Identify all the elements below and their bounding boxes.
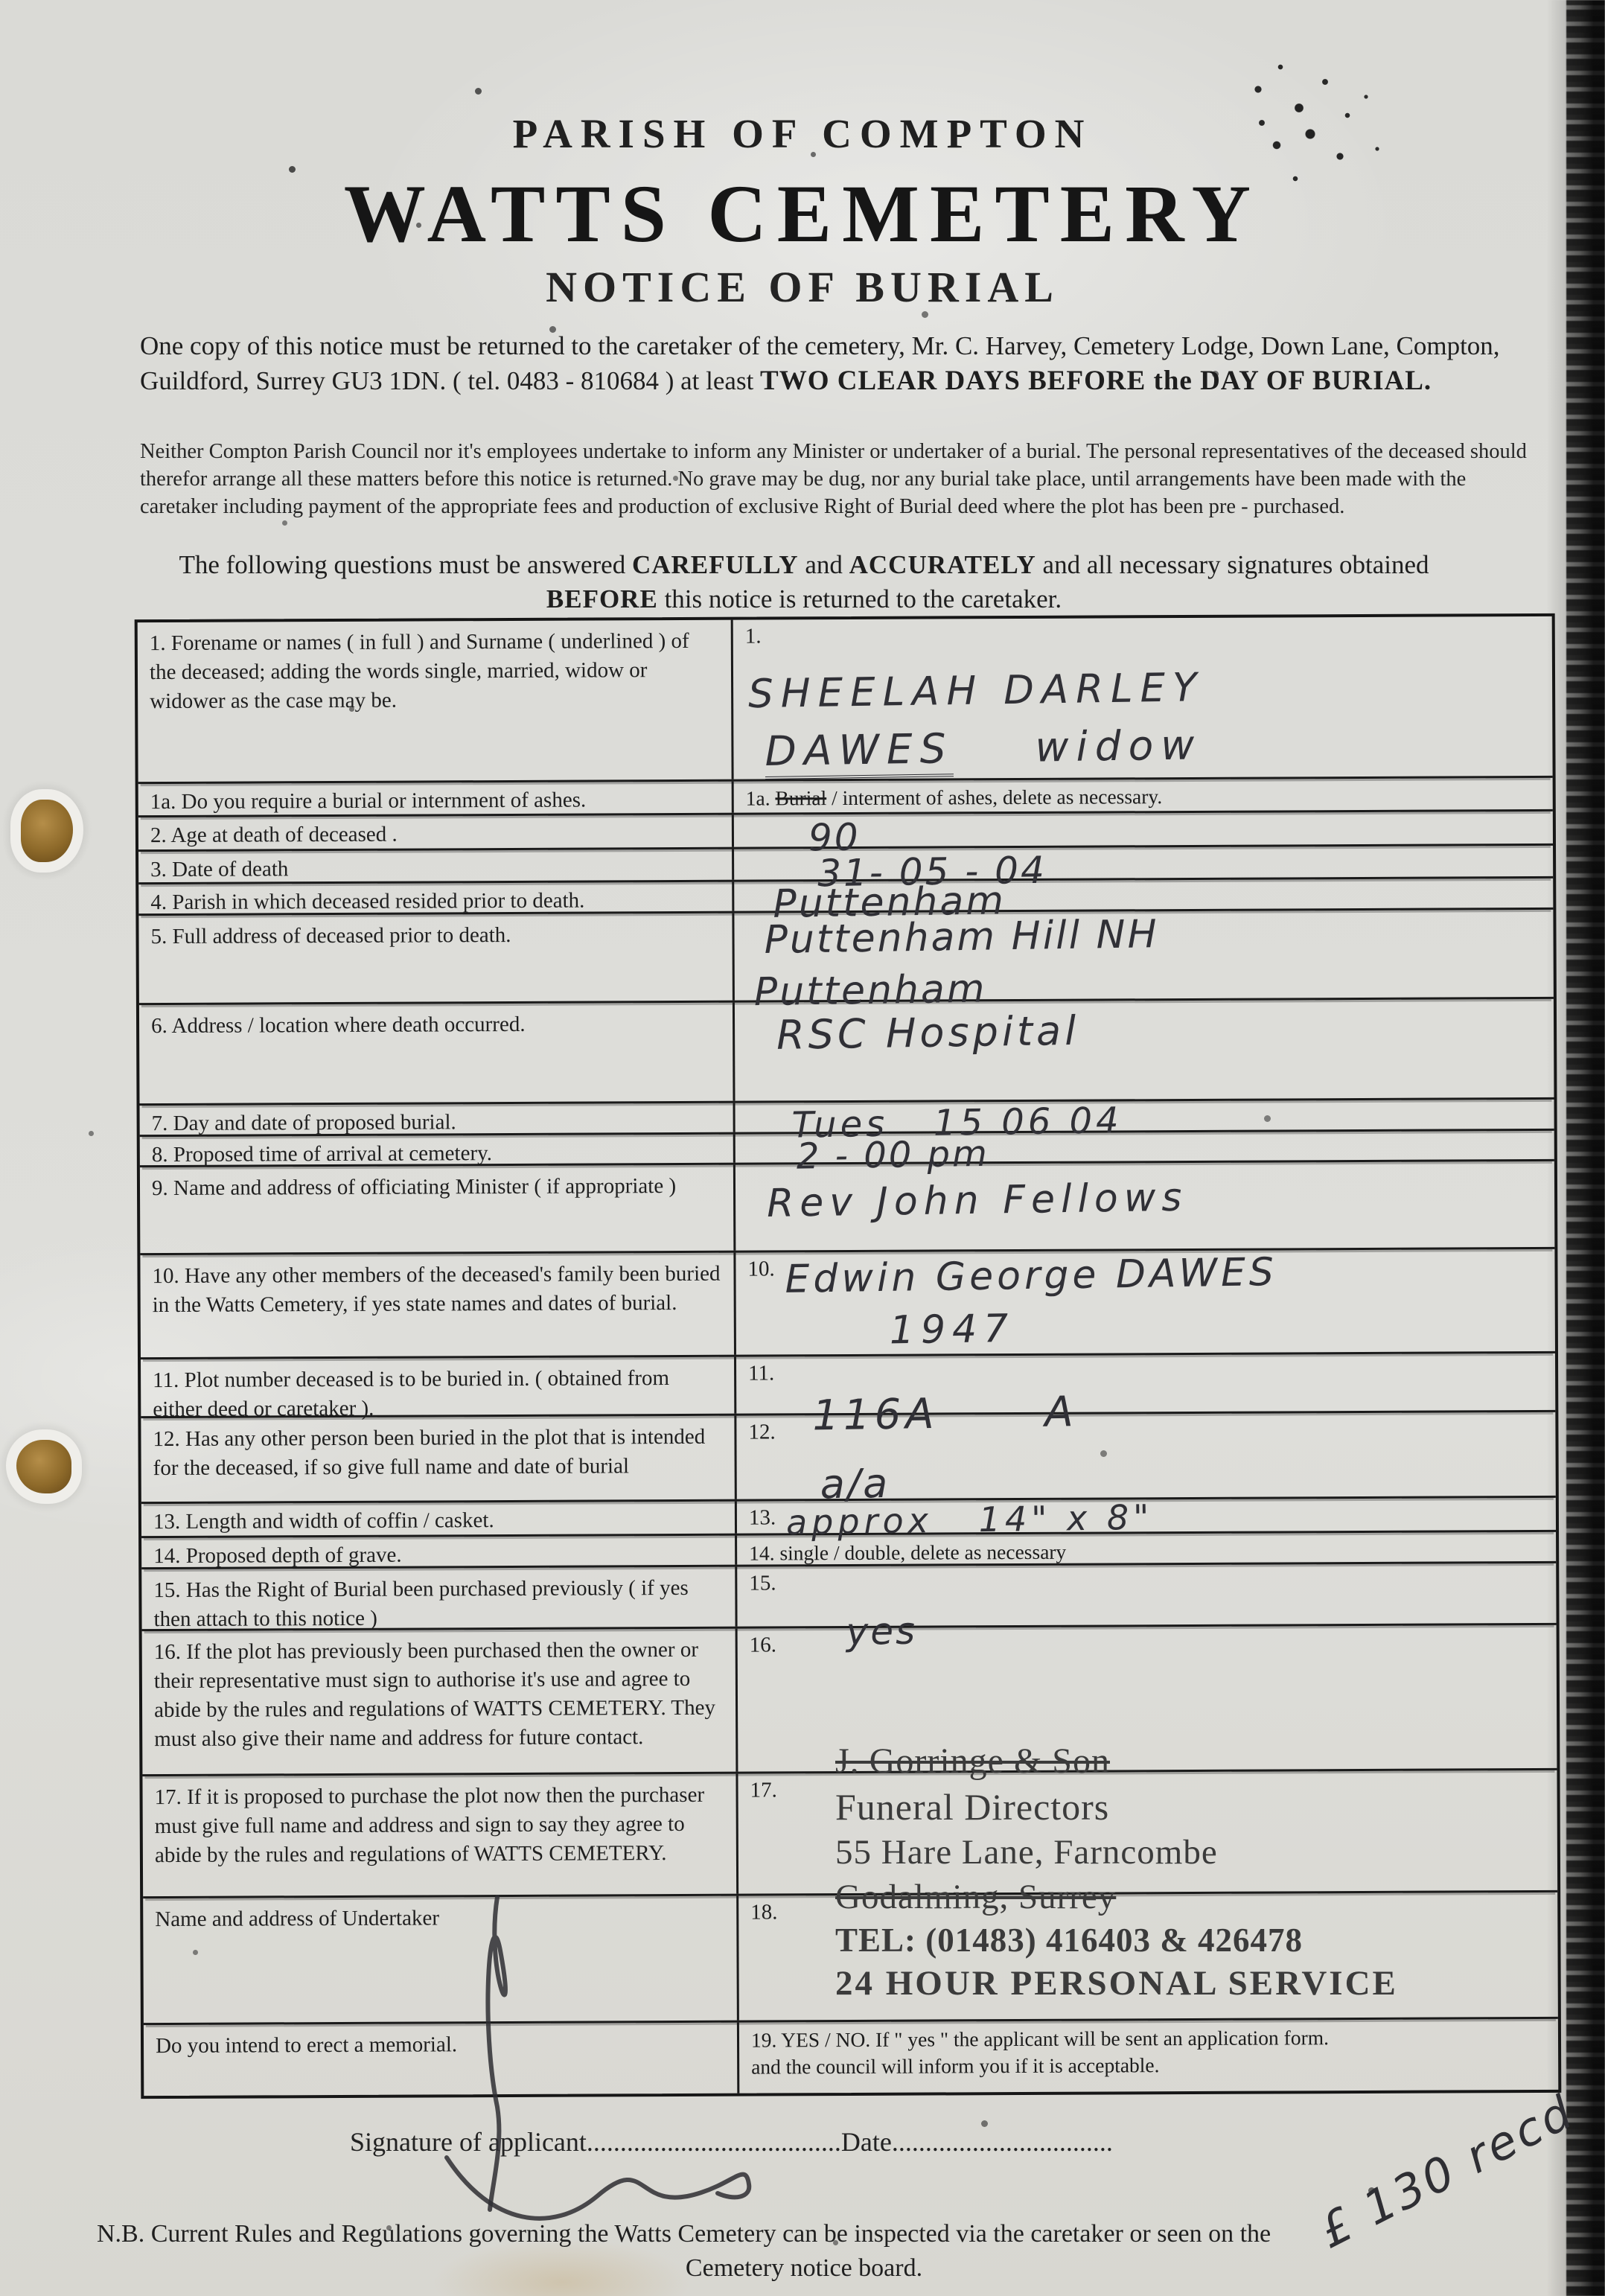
q14-answer: 14. single / double, delete as necessary: [737, 1532, 1556, 1565]
intro-p3-line2: BEFORE this notice is returned to the ca…: [104, 582, 1504, 616]
scan-edge-shadow: [1566, 0, 1605, 2296]
stamp-service: 24 HOUR PERSONAL SERVICE: [835, 1962, 1398, 2006]
handwritten-minister: Rev John Fellows: [767, 1170, 1548, 1226]
p3-carefully: CAREFULLY: [632, 550, 799, 579]
q15-answer-number: 15.: [749, 1571, 776, 1595]
q11-answer: 11. 116A A: [736, 1353, 1555, 1414]
stamp-role: Funeral Directors: [835, 1784, 1398, 1831]
q16-label: 16. If the plot has previously been purc…: [142, 1629, 738, 1774]
q19-answer: 19. YES / NO. If " yes " the applicant w…: [739, 2019, 1558, 2093]
intro-paragraph-2: Neither Compton Parish Council nor it's …: [140, 438, 1548, 520]
signature-line: Signature of applicant..................…: [350, 2126, 1113, 2158]
signature-dotted-rule: ......................................: [587, 2127, 841, 2157]
intro-p1-emphasis: TWO CLEAR DAYS BEFORE the DAY OF BURIAL.: [760, 366, 1432, 396]
q11-label: 11. Plot number deceased is to be buried…: [141, 1357, 736, 1416]
q18-answer-number: 18.: [750, 1900, 777, 1924]
toner-speckles: [0, 0, 4, 4]
hole-punch-top: [21, 800, 73, 862]
p3-before: BEFORE: [546, 584, 658, 613]
table-row: 6. Address / location where death occurr…: [139, 999, 1554, 1106]
date-dotted-rule: ..............................: [912, 2127, 1113, 2157]
stamp-phone: TEL: (01483) 416403 & 426478: [835, 1919, 1398, 1962]
p3-a: The following questions must be answered: [179, 550, 632, 579]
intro-p3-line1: The following questions must be answered…: [104, 548, 1504, 582]
q19-answer-line2: and the council will inform you if it is…: [751, 2050, 1551, 2080]
q4-answer: Puttenham: [734, 878, 1553, 911]
q7-label: 7. Day and date of proposed burial.: [140, 1103, 736, 1135]
q13-label: 13. Length and width of coffin / casket.: [141, 1502, 737, 1536]
nb-line1: N.B. Current Rules and Regulations gover…: [97, 2217, 1511, 2251]
table-row: 9. Name and address of officiating Minis…: [140, 1161, 1554, 1255]
handwritten-death-location: RSC Hospital: [776, 1001, 1547, 1058]
q10-answer: 10. Edwin George DAWES 1947: [736, 1249, 1555, 1355]
q2-label: 2. Age at death of deceased .: [138, 815, 734, 849]
q14-label: 14. Proposed depth of grave.: [141, 1536, 737, 1567]
q12-label: 12. Has any other person been buried in …: [141, 1416, 736, 1502]
q16-answer-number: 16.: [750, 1633, 776, 1656]
q8-label: 8. Proposed time of arrival at cemetery.: [140, 1135, 736, 1165]
q6-label: 6. Address / location where death occurr…: [139, 1003, 736, 1103]
q12-answer-number: 12.: [748, 1420, 775, 1444]
q19-answer-line1: 19. YES / NO. If " yes " the applicant w…: [751, 2024, 1551, 2053]
q13-answer: 13. approx 14" x 8": [737, 1498, 1556, 1534]
table-row: 10. Have any other members of the deceas…: [140, 1249, 1555, 1359]
hole-punch-bottom: [16, 1440, 71, 1493]
q17-answer-number: 17.: [750, 1778, 776, 1802]
handwritten-address-line1: Puttenham Hill NH: [764, 907, 1546, 963]
page-title: WATTS CEMETERY: [0, 167, 1605, 261]
date-label: Date...: [841, 2127, 912, 2157]
q9-label: 9. Name and address of officiating Minis…: [140, 1165, 736, 1253]
q5-answer: Puttenham Hill NH Puttenham: [734, 910, 1554, 1001]
q10-label: 10. Have any other members of the deceas…: [140, 1253, 736, 1357]
q12-answer: 12. a/a: [736, 1412, 1555, 1499]
q19-label: Do you intend to erect a memorial.: [144, 2023, 739, 2096]
header-parish: PARISH OF COMPTON: [0, 110, 1605, 157]
p3-e: and all necessary signatures obtained: [1036, 550, 1429, 579]
p3-g: this notice is returned to the caretaker…: [658, 584, 1062, 613]
q6-answer: RSC Hospital: [735, 999, 1554, 1101]
table-row: Do you intend to erect a memorial. 19. Y…: [144, 2019, 1558, 2096]
q8-answer: 2 - 00 pm: [736, 1131, 1554, 1163]
q1a-answer-number: 1a.: [746, 786, 770, 809]
q10-answer-number: 10.: [747, 1257, 774, 1281]
q3-label: 3. Date of death: [138, 849, 734, 882]
q4-label: 4. Parish in which deceased resided prio…: [138, 882, 734, 913]
q15-answer: 15. yes: [737, 1563, 1556, 1627]
handwritten-family-burial-year: 1947: [889, 1299, 1548, 1353]
q5-label: 5. Full address of deceased prior to dea…: [138, 913, 735, 1003]
header-subtitle: NOTICE OF BURIAL: [0, 262, 1605, 312]
q18-label: Name and address of Undertaker: [143, 1896, 739, 2023]
scanned-burial-notice-page: PARISH OF COMPTON WATTS CEMETERY NOTICE …: [0, 0, 1605, 2296]
table-row: 11. Plot number deceased is to be buried…: [141, 1353, 1555, 1418]
stamp-company: J. Gorringe & Son: [835, 1739, 1398, 1784]
q1a-burial-struck: Burial: [775, 786, 826, 809]
q1-answer: 1. SHEELAH DARLEY DAWES widow: [733, 616, 1553, 779]
handwritten-status: widow: [953, 721, 1202, 772]
q1-label: 1. Forename or names ( in full ) and Sur…: [138, 620, 734, 782]
q2-answer: 90: [734, 811, 1553, 847]
table-row: 15. Has the Right of Burial been purchas…: [141, 1563, 1556, 1631]
handwritten-family-member: Edwin George DAWES: [785, 1251, 1277, 1303]
stamp-town: Godalming, Surrey: [835, 1875, 1398, 1919]
handwritten-deceased-name: SHEELAH DARLEY: [748, 660, 1545, 718]
q13-answer-number: 13.: [749, 1505, 776, 1529]
handwritten-surname-line: DAWES widow: [765, 716, 1545, 775]
table-row: 1. Forename or names ( in full ) and Sur…: [138, 616, 1553, 784]
q17-label: 17. If it is proposed to purchase the pl…: [142, 1774, 738, 1896]
undertaker-stamp: J. Gorringe & Son Funeral Directors 55 H…: [835, 1739, 1398, 2006]
signature-label: Signature of applicant: [350, 2127, 587, 2157]
table-row: 12. Has any other person been buried in …: [141, 1412, 1555, 1504]
intro-paragraph-1: One copy of this notice must be returned…: [140, 329, 1538, 400]
q9-answer: Rev John Fellows: [736, 1161, 1554, 1251]
nb-footnote: N.B. Current Rules and Regulations gover…: [97, 2217, 1511, 2286]
p3-accurately: ACCURATELY: [849, 550, 1036, 579]
table-row: 5. Full address of deceased prior to dea…: [138, 910, 1554, 1005]
q1a-answer-text: / interment of ashes, delete as necessar…: [826, 785, 1162, 809]
handwritten-surname: DAWES: [765, 724, 954, 779]
p3-c: and: [799, 550, 849, 579]
q1-answer-number: 1.: [745, 624, 762, 648]
q15-label: 15. Has the Right of Burial been purchas…: [141, 1567, 737, 1629]
intro-paragraph-3: The following questions must be answered…: [104, 548, 1504, 616]
nb-line2: Cemetery notice board.: [97, 2251, 1511, 2286]
q11-answer-number: 11.: [748, 1361, 774, 1385]
table-row: 13. Length and width of coffin / casket.…: [141, 1498, 1556, 1538]
q1a-label: 1a. Do you require a burial or internmen…: [138, 782, 734, 815]
stamp-street: 55 Hare Lane, Farncombe: [835, 1831, 1398, 1875]
